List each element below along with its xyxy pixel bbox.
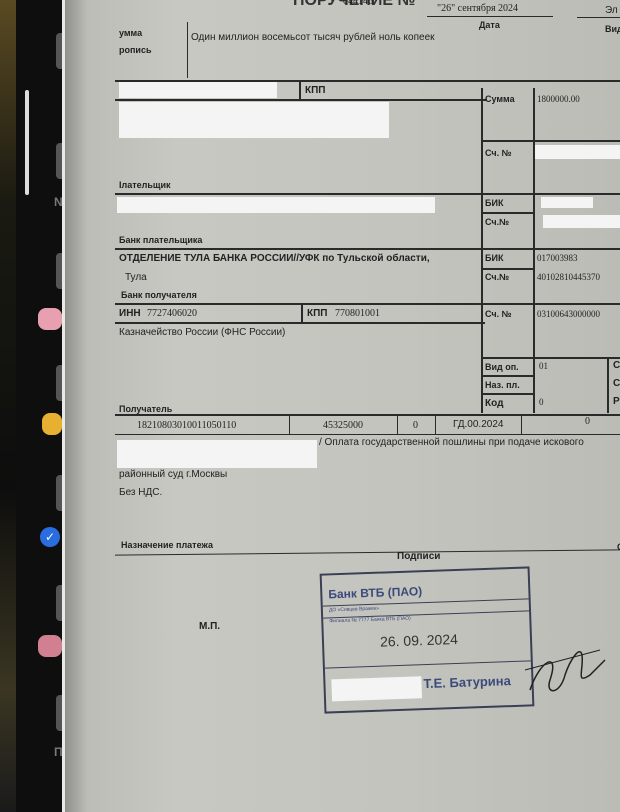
payer-bank-bik-label: БИК	[485, 198, 503, 208]
payment-type-value: Эл	[605, 5, 618, 16]
stamp-signer: Т.Е. Батурина	[423, 673, 511, 691]
redacted-payer-bank-account	[543, 215, 620, 228]
date-label: Дата	[479, 20, 500, 30]
recipient-bank-city: Тула	[125, 272, 147, 283]
sum-value: 1800000.00	[537, 94, 580, 104]
handwritten-signature	[520, 640, 610, 700]
recipient-inn-value: 7727406020	[147, 308, 197, 319]
bank-stamp: Банк ВТБ (ПАО) ДО «Сивцев Вражек» Филиал…	[320, 566, 535, 713]
document-date: "26" сентября 2024	[437, 3, 518, 14]
recipient-bank-bik-value: 017003983	[537, 253, 578, 263]
redacted-payer-name	[119, 102, 389, 138]
payer-bank-account-label: Сч.№	[485, 217, 509, 227]
grid-line	[115, 193, 620, 195]
grid-line	[115, 99, 487, 101]
signatures-label: Подписи	[397, 551, 440, 562]
redacted-payer-inn	[119, 82, 277, 98]
recipient-bank-bik-label: БИК	[485, 253, 503, 263]
recipient-bank-account-label: Сч.№	[485, 272, 509, 282]
redacted-payer-bank-bik	[541, 197, 593, 208]
payer-label: Ілательщик	[119, 180, 171, 190]
pig-emoji-icon[interactable]	[38, 308, 62, 330]
grid-line	[481, 88, 483, 413]
code-value: 0	[539, 397, 544, 407]
amount-in-words: Один миллион восемьсот тысяч рублей ноль…	[191, 32, 435, 43]
code-label: Код	[485, 398, 503, 409]
grid-line	[115, 434, 620, 435]
sum-label: Сумма	[485, 94, 515, 104]
grid-line	[481, 393, 533, 395]
grid-line	[397, 414, 398, 434]
payer-bank-label: Банк плательщика	[119, 235, 202, 245]
grid-line	[115, 248, 620, 250]
recipient-bank-name: ОТДЕЛЕНИЕ ТУЛА БАНКА РОССИИ//УФК по Туль…	[119, 253, 430, 264]
purpose-line-2: районный суд г.Москвы	[119, 469, 227, 480]
operation-type-label: Вид оп.	[485, 362, 519, 372]
purpose-line-1: / Оплата государственной пошлины при под…	[319, 437, 584, 448]
recipient-kpp-value: 770801001	[335, 308, 380, 319]
verified-badge-icon[interactable]: ✓	[40, 527, 60, 547]
purpose-divider	[115, 549, 620, 555]
grid-line	[115, 303, 620, 305]
recipient-inn-label: ИНН	[119, 308, 141, 319]
redacted-stamp-position	[331, 676, 422, 701]
grid-line	[481, 268, 533, 270]
redacted-purpose-prefix	[117, 440, 317, 468]
recipient-bank-account-value: 40102810445370	[537, 272, 600, 282]
stamp-date: 26. 09. 2024	[380, 631, 458, 650]
unicorn-emoji-icon[interactable]	[38, 635, 62, 657]
grid-line	[481, 140, 620, 142]
purpose-label: Назначение платежа	[121, 540, 213, 550]
grid-line	[115, 414, 620, 416]
grid-line	[533, 88, 535, 413]
grid-line	[521, 414, 522, 434]
background-edge	[0, 0, 16, 812]
amount-words-label-2: ропись	[119, 45, 152, 55]
oktmo-value: 45325000	[323, 420, 363, 431]
payment-type-underline	[577, 17, 620, 18]
app-sidebar	[16, 0, 64, 812]
recipient-kpp-label: КПП	[307, 308, 327, 319]
grid-line	[435, 414, 436, 434]
operation-type-value: 01	[539, 361, 548, 371]
recipient-bank-label: Банк получателя	[121, 290, 197, 300]
grid-line	[115, 322, 485, 324]
amount-words-label: умма	[119, 28, 142, 38]
grid-line	[481, 212, 533, 214]
redacted-payer-bank	[117, 197, 435, 213]
recipient-account-label: Сч. №	[485, 309, 512, 319]
scroll-indicator[interactable]	[25, 90, 29, 195]
kbk-value: 18210803010011050110	[137, 420, 236, 431]
recipient-label: Получатель	[119, 404, 172, 414]
grid-line	[301, 303, 303, 323]
document-number: 044146	[343, 0, 373, 7]
amount-divider	[187, 22, 188, 78]
grid-line	[289, 414, 290, 434]
date-underline	[427, 16, 553, 17]
grid-line	[481, 357, 620, 359]
stamp-place-label: М.П.	[199, 621, 220, 632]
redacted-payer-account	[535, 145, 620, 159]
tax-period-value: ГД.00.2024	[453, 419, 503, 430]
stamp-office: ДО «Сивцев Вражек»	[329, 606, 379, 614]
recipient-account-value: 03100643000000	[537, 309, 600, 319]
right-col-2: С	[613, 378, 620, 389]
tax-basis-value: 0	[413, 420, 418, 431]
purpose-line-3: Без НДС.	[119, 487, 162, 498]
payment-type-label: Вид	[605, 24, 620, 34]
payer-kpp-label: КПП	[305, 85, 325, 96]
stamp-bank-name: Банк ВТБ (ПАО)	[328, 584, 422, 601]
grid-line	[481, 375, 533, 377]
recipient-name: Казначейство России (ФНС России)	[119, 327, 285, 338]
right-col-3: Р	[613, 396, 620, 407]
doc-number-value: 0	[585, 416, 590, 427]
flexed-biceps-emoji-icon[interactable]	[42, 413, 62, 435]
grid-line	[607, 357, 609, 413]
right-col-1: С	[613, 360, 620, 371]
payment-purpose-code-label: Наз. пл.	[485, 380, 520, 390]
payer-account-label: Сч. №	[485, 148, 512, 158]
grid-line	[299, 80, 301, 100]
